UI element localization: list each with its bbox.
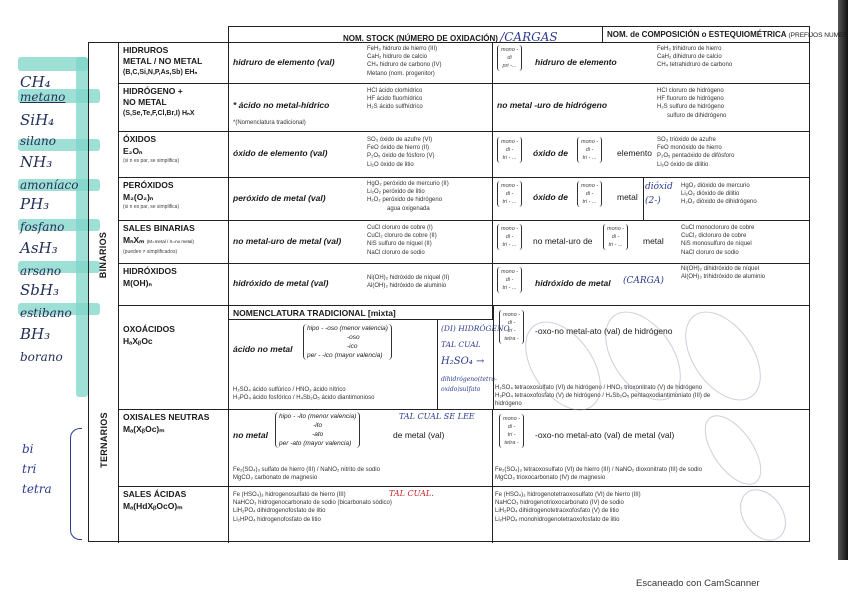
handwritten-note: (2-) [645, 196, 661, 206]
composition-cell: mono -di -tri - ... óxido de mono -di -t… [493, 178, 809, 220]
type-name: SALES ÁCIDAS [123, 489, 224, 500]
stock-examples: CuCl cloruro de cobre (I) CuCl₂ cloruro … [367, 224, 437, 257]
comp-rule-b: metal [643, 236, 664, 247]
type-formula: (B,C,Si,N,P,As,Sb) EHₙ [123, 67, 224, 79]
note-nh3: NH₃ [20, 155, 52, 170]
header-stock-title: NOM. STOCK (NÚMERO DE OXIDACIÓN) [343, 34, 498, 42]
composition-cell: mono -di -tri - ... no metal-uro de mono… [493, 221, 809, 263]
stock-examples: Ni(OH)₂ hidróxido de níquel (II) Al(OH)₃… [367, 274, 449, 290]
type-cell: OXISALES NEUTRAS Mₐ(XᵦOc)ₘ [119, 410, 229, 486]
stock-cell: * ácido no metal-hídrico *(Nomenclatura … [229, 84, 493, 131]
type-note: (pueden ≠ simplificados) [123, 248, 224, 256]
type-cell: OXOÁCIDOS HₐXᵦOc [119, 306, 229, 409]
stock-rule: * ácido no metal-hídrico [233, 100, 329, 111]
comp-rule: no metal -uro de hidrógeno [497, 100, 607, 111]
handwritten-note: oxido)sulfato [441, 386, 480, 393]
stock-examples: H₂SO₄ ácido sulfúrico / HNO₃ ácido nítri… [233, 386, 374, 402]
comp-examples: FeH₃ trihidruro de hierro CaH₂ dihidruro… [657, 45, 732, 70]
prefix-bracket: mono -di -tri - ... [497, 224, 522, 250]
row-hidruros: HIDRUROS METAL / NO METAL (B,C,Si,N,P,As… [119, 43, 809, 84]
stock-cell: no metal hipo - -ito (menor valencia) -i… [229, 410, 493, 486]
comp-examples: SO₃ trióxido de azufre FeO monóxido de h… [657, 136, 734, 169]
margin-notes: CH₄ metano SiH₄ silano NH₃ amoníaco PH₃ … [14, 55, 96, 555]
stock-cell: hidróxido de metal (val) Ni(OH)₂ hidróxi… [229, 264, 493, 305]
type-name: NO METAL [123, 97, 224, 108]
composition-cell: mono -di -tri -tetra - -oxo-no metal-ato… [493, 306, 809, 409]
comp-examples: Ni(OH)₂ dihidróxido de níquel Al(OH)₃ tr… [681, 265, 765, 281]
row-peroxidos: PERÓXIDOS M₂(O₂)ₙ (si n es par, se simpl… [119, 178, 809, 221]
type-name: ÓXIDOS [123, 134, 224, 145]
stock-rule: ácido no metal [233, 344, 293, 355]
type-formula: Mₐ(XᵦOc)ₘ [123, 423, 224, 435]
composition-cell: mono -di -tri -tetra - -oxo-no metal-ato… [493, 410, 809, 486]
type-name: METAL / NO METAL [123, 56, 224, 67]
composition-cell: mono -di -tri - ... hidróxido de metal (… [493, 264, 809, 305]
note-ch4: CH₄ [20, 75, 51, 90]
header-stock-handwritten: /CARGAS [500, 30, 557, 42]
prefix-bracket: mono -di -tri - ... [577, 137, 602, 163]
scanner-watermark: Escaneado con CamScanner [636, 578, 760, 589]
comp-rule-a: no metal-uro de [533, 236, 593, 247]
handwritten-note: dihidrógeno(tetra- [441, 376, 497, 383]
header-comp-title: NOM. de COMPOSICIÓN o ESTEQUIOMÉTRICA [607, 30, 786, 39]
stock-cell: peróxido de metal (val) HgO₂ peróxido de… [229, 178, 493, 220]
prefix-bracket: mono -di -tri - ... [603, 224, 628, 250]
stock-examples: FeH₃ hidruro de hierro (III) CaH₂ hidrur… [367, 45, 441, 78]
category-label: BINARIOS [99, 231, 109, 277]
section-title: NOMENCLATURA TRADICIONAL [mixta] [229, 306, 493, 320]
prefix-bracket: mono -di -tri -tetra - [499, 414, 524, 448]
stock-examples: HCl ácido clorhídrico HF ácido fluorhídr… [367, 87, 423, 112]
type-cell: SALES BINARIAS MₙXₘ (M=metal / X=no meta… [119, 221, 229, 263]
type-name: SALES BINARIAS [123, 223, 224, 234]
type-name: HIDRUROS [123, 45, 224, 56]
stock-rule: óxido de elemento (val) [233, 148, 327, 159]
comp-examples: Fe₂(SO₄)₃ tetraoxosulfato (VI) de hierro… [495, 466, 702, 482]
note-metano: metano [20, 91, 65, 103]
pen-scribble [731, 481, 796, 550]
type-cell: SALES ÁCIDAS Mₐ(HdXᵦOcO)ₘ [119, 487, 229, 543]
handwritten-note: TAL CUAL SE LEE [399, 412, 475, 421]
composition-cell: no metal -uro de hidrógeno HCl cloruro d… [493, 84, 809, 131]
prefix-bracket: mono -di -tri - ... [497, 137, 522, 163]
divider [437, 320, 438, 410]
row-hidrogeno-no-metal: HIDRÓGENO + NO METAL (S,Se,Te,F,Cl,Br,I)… [119, 84, 809, 132]
stock-examples: SO₃ óxido de azufre (VI) FeO óxido de hi… [367, 136, 434, 169]
prefix-bracket: mono -di -tri - ... [497, 181, 522, 207]
prefix-bracket: mono -di -tri -tetra - [499, 310, 524, 344]
handwritten-note: (CARGA) [623, 276, 664, 286]
note-fosfano: fosfano [20, 221, 64, 233]
composition-cell: mono -di -tri - ... óxido de mono -di -t… [493, 132, 809, 177]
header-stock: NOM. STOCK (NÚMERO DE OXIDACIÓN) /CARGAS [339, 27, 603, 42]
valence-list: hipo - -oso (menor valencia) -oso -ico p… [303, 324, 392, 360]
prefix-bracket: mono -dipri -... [497, 45, 522, 71]
note-estibano: estibano [20, 307, 72, 319]
note-bh3: BH₃ [20, 327, 50, 342]
type-name: OXISALES NEUTRAS [123, 412, 224, 423]
stock-examples: Fe (HSO₄)₃ hidrogenosulfato de hierro (I… [233, 491, 392, 524]
handwritten-note: H₂SO₄ → [441, 356, 484, 367]
comp-examples: CuCl monocloruro de cobre CuCl₂ diclorur… [681, 224, 754, 257]
composition-cell: mono -dipri -... hidruro de elemento FeH… [493, 43, 809, 83]
comp-rule: -oxo-no metal-ato (val) de metal (val) [535, 430, 674, 441]
type-cell: HIDRUROS METAL / NO METAL (B,C,Si,N,P,As… [119, 43, 229, 83]
note-sbh3: SbH₃ [20, 283, 59, 298]
category-label: TERNARIOS [99, 412, 109, 468]
divider [643, 178, 644, 221]
comp-examples: HCl cloruro de hidrógeno HF fluoruro de … [657, 87, 726, 120]
row-sales-binarias: SALES BINARIAS MₙXₘ (M=metal / X=no meta… [119, 221, 809, 264]
stock-examples: Fe₂(SO₄)₃ sulfato de hierro (III) / NaNO… [233, 466, 380, 482]
stock-rule: peróxido de metal (val) [233, 193, 326, 204]
handwritten-note: TAL CUAL. [389, 489, 434, 498]
type-note: (si n es par, se simplifica) [123, 203, 224, 211]
type-note: (si n es par, se simplifica) [123, 157, 224, 165]
type-formula: E₂Oₙ [123, 145, 224, 157]
type-formula: MₙXₘ (M=metal / X=no metal) [123, 234, 224, 248]
comp-rule-b: elemento [617, 148, 652, 159]
comp-rule-a: óxido de [533, 192, 568, 203]
type-cell: ÓXIDOS E₂Oₙ (si n es par, se simplifica) [119, 132, 229, 177]
brace-icon [70, 428, 82, 540]
table-header: NOM. STOCK (NÚMERO DE OXIDACIÓN) /CARGAS… [228, 26, 810, 42]
stock-rule: hidruro de elemento (val) [233, 57, 335, 68]
stock-cell: óxido de elemento (val) SO₃ óxido de azu… [229, 132, 493, 177]
category-ternarios: TERNARIOS [89, 306, 119, 543]
type-formula: (S,Se,Te,F,Cl,Br,I) HₙX [123, 108, 224, 120]
header-comp-subtitle: (PREFIJOS NUMERALES) [789, 32, 848, 39]
type-cell: PERÓXIDOS M₂(O₂)ₙ (si n es par, se simpl… [119, 178, 229, 220]
stock-rule-b: de metal (val) [393, 430, 445, 441]
stock-footnote: *(Nomenclatura tradicional) [233, 120, 306, 126]
row-hidroxidos: HIDRÓXIDOS M(OH)ₙ hidróxido de metal (va… [119, 264, 809, 306]
page-shadow-edge [838, 0, 848, 560]
handwritten-note: dióxid [645, 182, 673, 192]
stock-rule: hidróxido de metal (val) [233, 278, 328, 289]
row-sales-acidas: SALES ÁCIDAS Mₐ(HdXᵦOcO)ₘ Fe (HSO₄)₃ hid… [119, 487, 809, 543]
comp-rule-a: óxido de [533, 148, 568, 159]
stock-cell: hidruro de elemento (val) FeH₃ hidruro d… [229, 43, 493, 83]
table-body: BINARIOS TERNARIOS HIDRUROS METAL / NO M… [88, 42, 810, 542]
row-oxisales: OXISALES NEUTRAS Mₐ(XᵦOc)ₘ no metal hipo… [119, 410, 809, 487]
highlight-stroke [76, 57, 88, 397]
type-cell: HIDRÓGENO + NO METAL (S,Se,Te,F,Cl,Br,I)… [119, 84, 229, 131]
category-binarios: BINARIOS [89, 43, 119, 306]
type-cell: HIDRÓXIDOS M(OH)ₙ [119, 264, 229, 305]
type-formula: M₂(O₂)ₙ [123, 191, 224, 203]
note-borano: borano [20, 351, 63, 363]
stock-rule: no metal-uro de metal (val) [233, 236, 341, 247]
comp-rule: hidruro de elemento [535, 57, 617, 68]
comp-rule: hidróxido de metal [535, 278, 611, 289]
nomenclature-table: NOM. STOCK (NÚMERO DE OXIDACIÓN) /CARGAS… [88, 26, 810, 542]
composition-cell: Fe (HSO₄)₃ hidrogenotetraoxosulfato (VI)… [493, 487, 809, 543]
row-oxoacidos: OXOÁCIDOS HₐXᵦOc NOMENCLATURA TRADICIONA… [119, 306, 809, 410]
comp-examples: Fe (HSO₄)₃ hidrogenotetraoxosulfato (VI)… [495, 491, 641, 524]
note-bi: bi [22, 443, 34, 455]
type-name: OXOÁCIDOS [123, 324, 224, 335]
stock-rule-a: no metal [233, 430, 268, 441]
header-composition: NOM. de COMPOSICIÓN o ESTEQUIOMÉTRICA (P… [603, 27, 848, 42]
stock-cell: no metal-uro de metal (val) CuCl cloruro… [229, 221, 493, 263]
note-tetra: tetra [22, 483, 52, 495]
prefix-bracket: mono -di -tri - ... [577, 181, 602, 207]
stock-cell: Fe (HSO₄)₃ hidrogenosulfato de hierro (I… [229, 487, 493, 543]
note-arsano: arsano [20, 265, 61, 277]
note-sih4: SiH₄ [20, 113, 54, 128]
type-formula: HₐXᵦOc [123, 335, 224, 347]
note-tri: tri [22, 463, 36, 475]
type-name: HIDRÓGENO + [123, 86, 224, 97]
row-oxidos: ÓXIDOS E₂Oₙ (si n es par, se simplifica)… [119, 132, 809, 178]
handwritten-note: TAL CUAL [441, 340, 481, 349]
note-ash3: AsH₃ [20, 241, 58, 256]
note-silano: silano [20, 135, 56, 147]
comp-examples: HgO₂ dióxido de mercurio Li₂O₂ dióxido d… [681, 182, 757, 207]
type-formula: M(OH)ₙ [123, 277, 224, 289]
valence-list: hipo - -ito (menor valencia) -ito -ato p… [275, 412, 360, 448]
stock-examples: HgO₂ peróxido de mercurio (II) Li₂O₂ per… [367, 180, 449, 213]
note-amoniaco: amoníaco [20, 179, 78, 191]
comp-rule-b: metal [617, 192, 638, 203]
pen-scribble [694, 406, 773, 494]
type-name: HIDRÓXIDOS [123, 266, 224, 277]
type-name: PERÓXIDOS [123, 180, 224, 191]
type-formula: Mₐ(HdXᵦOcO)ₘ [123, 500, 224, 512]
prefix-bracket: mono -di -tri - ... [497, 267, 522, 293]
note-ph3: PH₃ [20, 197, 49, 212]
